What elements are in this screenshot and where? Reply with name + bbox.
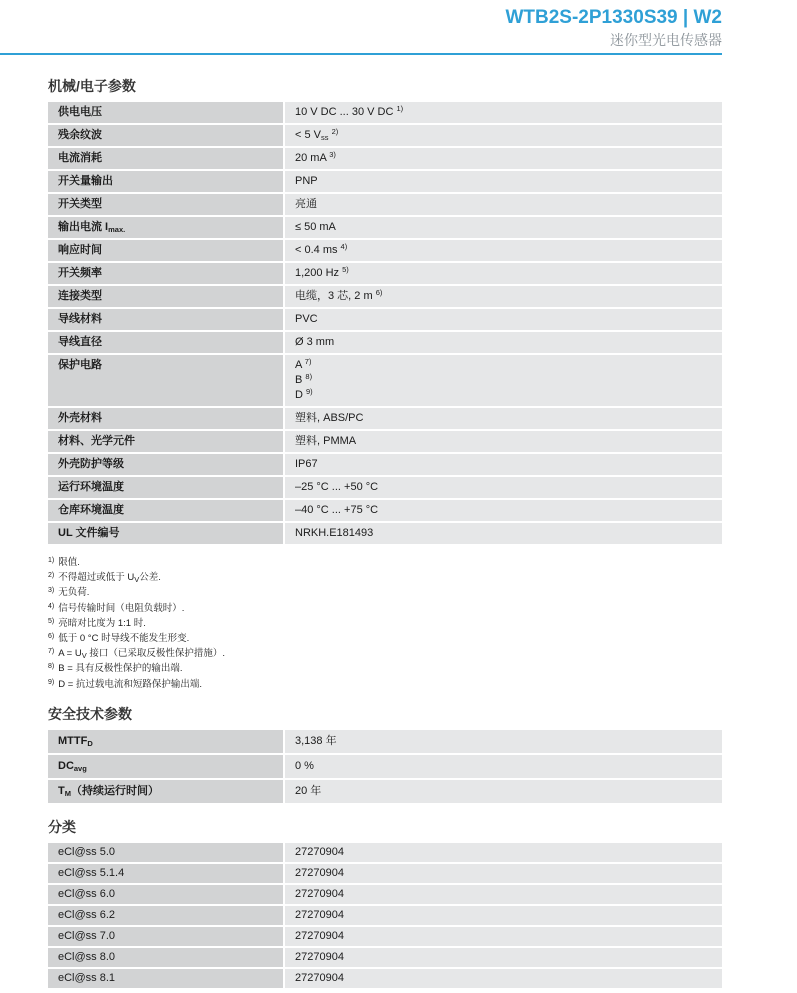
footnote-item: 2)不得超过或低于 UV公差. xyxy=(48,570,722,585)
spec-row: 导线直径Ø 3 mm xyxy=(48,332,722,353)
footnote-number: 6) xyxy=(48,633,54,640)
footnote-item: 9)D = 抗过载电流和短路保护输出端. xyxy=(48,677,722,692)
spec-row: 残余纹波< 5 Vss 2) xyxy=(48,125,722,146)
spec-value: 27270904 xyxy=(285,843,722,862)
spec-row: UL 文件编号NRKH.E181493 xyxy=(48,523,722,544)
spec-value: IP67 xyxy=(285,454,722,475)
spec-label: 外壳材料 xyxy=(48,408,283,429)
product-title: WTB2S-2P1330S39 | W2 xyxy=(505,7,722,29)
spec-row: MTTFD3,138 年 xyxy=(48,730,722,753)
spec-label: 导线直径 xyxy=(48,332,283,353)
footnote-number: 3) xyxy=(48,587,54,594)
superscript-ref: 9) xyxy=(306,387,313,396)
superscript-ref: 4) xyxy=(341,242,348,251)
spec-label: eCl@ss 5.1.4 xyxy=(48,864,283,883)
spec-value: PNP xyxy=(285,171,722,192)
footnote-number: 4) xyxy=(48,603,54,610)
superscript-ref: 2) xyxy=(332,127,339,136)
footnote-number: 1) xyxy=(48,557,54,564)
mechanical-spec-table: 供电电压10 V DC ... 30 V DC 1)残余纹波< 5 Vss 2)… xyxy=(48,102,722,544)
footnote-item: 1)限值. xyxy=(48,555,722,570)
spec-value: 20 年 xyxy=(285,780,722,803)
spec-value: –40 °C ... +75 °C xyxy=(285,500,722,521)
spec-value: PVC xyxy=(285,309,722,330)
footnote-item: 4)信号传输时间（电阻负载时）. xyxy=(48,601,722,616)
superscript-ref: 3) xyxy=(329,150,336,159)
spec-row: 开关量输出PNP xyxy=(48,171,722,192)
spec-row: 输出电流 Imax.≤ 50 mA xyxy=(48,217,722,238)
spec-row: eCl@ss 8.127270904 xyxy=(48,969,722,988)
superscript-ref: 8) xyxy=(305,372,312,381)
subscript-text: M xyxy=(65,789,71,798)
spec-label: 材料、光学元件 xyxy=(48,431,283,452)
content-area: 机械/电子参数 供电电压10 V DC ... 30 V DC 1)残余纹波< … xyxy=(48,78,722,988)
spec-value: Ø 3 mm xyxy=(285,332,722,353)
spec-row: 保护电路A 7)B 8)D 9) xyxy=(48,355,722,406)
spec-row: TM（持续运行时间）20 年 xyxy=(48,780,722,803)
spec-value: < 0.4 ms 4) xyxy=(285,240,722,261)
section-mechanical-electronic: 机械/电子参数 供电电压10 V DC ... 30 V DC 1)残余纹波< … xyxy=(48,78,722,692)
spec-value: –25 °C ... +50 °C xyxy=(285,477,722,498)
spec-label: eCl@ss 6.2 xyxy=(48,906,283,925)
spec-row: eCl@ss 5.027270904 xyxy=(48,843,722,862)
spec-row: 连接类型电缆，3 芯, 2 m 6) xyxy=(48,286,722,307)
subscript-text: avg xyxy=(74,764,87,773)
spec-value: < 5 Vss 2) xyxy=(285,125,722,146)
subscript-text: ss xyxy=(321,133,329,142)
spec-row: 仓库环境温度–40 °C ... +75 °C xyxy=(48,500,722,521)
spec-label: UL 文件编号 xyxy=(48,523,283,544)
spec-row: eCl@ss 7.027270904 xyxy=(48,927,722,946)
spec-label: 保护电路 xyxy=(48,355,283,406)
footnote-item: 7)A = UV 接口（已采取反极性保护措施）. xyxy=(48,646,722,661)
spec-label: DCavg xyxy=(48,755,283,778)
spec-value: NRKH.E181493 xyxy=(285,523,722,544)
subscript-text: max. xyxy=(108,225,125,234)
spec-label: 导线材料 xyxy=(48,309,283,330)
spec-row: eCl@ss 6.227270904 xyxy=(48,906,722,925)
spec-label: 输出电流 Imax. xyxy=(48,217,283,238)
footnote-item: 3)无负荷. xyxy=(48,585,722,600)
spec-value: A 7)B 8)D 9) xyxy=(285,355,722,406)
footnote-number: 8) xyxy=(48,663,54,670)
spec-value: 亮通 xyxy=(285,194,722,215)
spec-row: 开关类型亮通 xyxy=(48,194,722,215)
spec-value: 27270904 xyxy=(285,948,722,967)
spec-value: 塑料, ABS/PC xyxy=(285,408,722,429)
spec-label: 残余纹波 xyxy=(48,125,283,146)
header-divider-line xyxy=(0,53,722,55)
spec-row: 开关频率1,200 Hz 5) xyxy=(48,263,722,284)
spec-value: 3,138 年 xyxy=(285,730,722,753)
footnote-number: 2) xyxy=(48,572,54,579)
spec-label: 开关频率 xyxy=(48,263,283,284)
spec-value: 27270904 xyxy=(285,927,722,946)
spec-row: 外壳材料塑料, ABS/PC xyxy=(48,408,722,429)
spec-label: 开关量输出 xyxy=(48,171,283,192)
footnote-item: 8)B = 具有反极性保护的输出端. xyxy=(48,661,722,676)
subscript-text: V xyxy=(82,651,87,660)
spec-row: 供电电压10 V DC ... 30 V DC 1) xyxy=(48,102,722,123)
spec-label: eCl@ss 5.0 xyxy=(48,843,283,862)
spec-label: eCl@ss 8.0 xyxy=(48,948,283,967)
spec-value: 27270904 xyxy=(285,864,722,883)
subscript-text: D xyxy=(87,739,92,748)
section-title-safety: 安全技术参数 xyxy=(48,706,722,722)
spec-value: 10 V DC ... 30 V DC 1) xyxy=(285,102,722,123)
safety-spec-table: MTTFD3,138 年DCavg0 %TM（持续运行时间）20 年 xyxy=(48,730,722,803)
spec-label: 仓库环境温度 xyxy=(48,500,283,521)
spec-value: 塑料, PMMA xyxy=(285,431,722,452)
spec-label: eCl@ss 7.0 xyxy=(48,927,283,946)
superscript-ref: 7) xyxy=(305,357,312,366)
spec-row: eCl@ss 6.027270904 xyxy=(48,885,722,904)
spec-row: DCavg0 % xyxy=(48,755,722,778)
section-classification: 分类 eCl@ss 5.027270904eCl@ss 5.1.42727090… xyxy=(48,819,722,988)
subscript-text: V xyxy=(134,575,139,584)
spec-label: 供电电压 xyxy=(48,102,283,123)
superscript-ref: 5) xyxy=(342,265,349,274)
footnote-number: 7) xyxy=(48,648,54,655)
footnote-number: 9) xyxy=(48,679,54,686)
spec-label: 外壳防护等级 xyxy=(48,454,283,475)
spec-row: 导线材料PVC xyxy=(48,309,722,330)
spec-row: 电流消耗20 mA 3) xyxy=(48,148,722,169)
spec-label: TM（持续运行时间） xyxy=(48,780,283,803)
footnote-number: 5) xyxy=(48,618,54,625)
section-safety: 安全技术参数 MTTFD3,138 年DCavg0 %TM（持续运行时间）20 … xyxy=(48,706,722,803)
spec-value: 27270904 xyxy=(285,969,722,988)
product-subtitle: 迷你型光电传感器 xyxy=(505,31,722,49)
spec-label: MTTFD xyxy=(48,730,283,753)
spec-value: 1,200 Hz 5) xyxy=(285,263,722,284)
spec-label: 开关类型 xyxy=(48,194,283,215)
spec-row: 外壳防护等级IP67 xyxy=(48,454,722,475)
spec-label: 电流消耗 xyxy=(48,148,283,169)
spec-row: eCl@ss 8.027270904 xyxy=(48,948,722,967)
footnotes-list: 1)限值.2)不得超过或低于 UV公差.3)无负荷.4)信号传输时间（电阻负载时… xyxy=(48,555,722,692)
spec-value: 27270904 xyxy=(285,885,722,904)
classification-table: eCl@ss 5.027270904eCl@ss 5.1.427270904eC… xyxy=(48,843,722,988)
section-title-classification: 分类 xyxy=(48,819,722,835)
page-header: WTB2S-2P1330S39 | W2 迷你型光电传感器 xyxy=(505,7,722,49)
spec-value: 电缆，3 芯, 2 m 6) xyxy=(285,286,722,307)
spec-row: 运行环境温度–25 °C ... +50 °C xyxy=(48,477,722,498)
spec-label: eCl@ss 8.1 xyxy=(48,969,283,988)
spec-value: 0 % xyxy=(285,755,722,778)
superscript-ref: 1) xyxy=(396,104,403,113)
datasheet-page: WTB2S-2P1330S39 | W2 迷你型光电传感器 机械/电子参数 供电… xyxy=(0,0,797,993)
spec-value: 20 mA 3) xyxy=(285,148,722,169)
spec-row: 材料、光学元件塑料, PMMA xyxy=(48,431,722,452)
superscript-ref: 6) xyxy=(376,288,383,297)
spec-label: eCl@ss 6.0 xyxy=(48,885,283,904)
section-title-mechanical: 机械/电子参数 xyxy=(48,78,722,94)
spec-label: 连接类型 xyxy=(48,286,283,307)
footnote-item: 5)亮暗对比度为 1:1 时. xyxy=(48,616,722,631)
spec-row: 响应时间< 0.4 ms 4) xyxy=(48,240,722,261)
spec-label: 运行环境温度 xyxy=(48,477,283,498)
spec-value: ≤ 50 mA xyxy=(285,217,722,238)
spec-row: eCl@ss 5.1.427270904 xyxy=(48,864,722,883)
spec-value: 27270904 xyxy=(285,906,722,925)
footnote-item: 6)低于 0 °C 时导线不能发生形变. xyxy=(48,631,722,646)
spec-label: 响应时间 xyxy=(48,240,283,261)
